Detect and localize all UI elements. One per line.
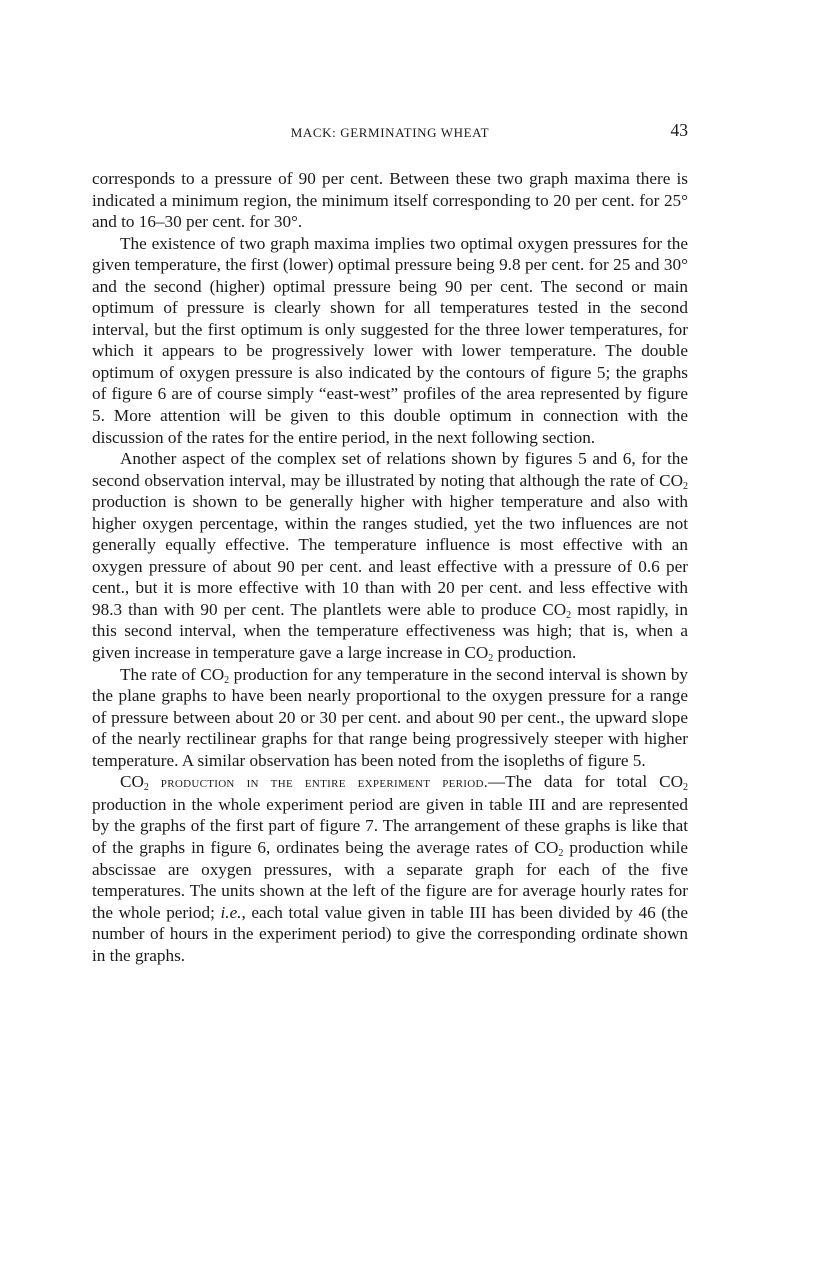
paragraph-3: Another aspect of the complex set of rel… [92,448,688,663]
text-segment: Another aspect of the complex set of rel… [92,449,688,490]
heading-co: CO [120,772,144,791]
paragraph-4: The rate of CO2 production for any tempe… [92,664,688,772]
text-segment: production. [493,643,576,662]
heading-dash: — [488,772,505,791]
page-number: 43 [671,120,689,141]
paragraph-5: CO2 production in the entire experiment … [92,771,688,966]
italic-ie: i.e. [221,903,242,922]
paragraph-text: The existence of two graph maxima implie… [92,234,688,447]
page: MACK: GERMINATING WHEAT 43 corresponds t… [92,120,688,966]
body-text: corresponds to a pressure of 90 per cent… [92,168,688,966]
running-title: MACK: GERMINATING WHEAT [92,125,688,141]
heading-text: production in the entire experiment peri… [149,774,488,791]
text-segment: The rate of CO [120,665,224,684]
paragraph-2: The existence of two graph maxima implie… [92,233,688,448]
text-segment: The data for total CO [505,772,683,791]
running-head: MACK: GERMINATING WHEAT 43 [92,120,688,144]
paragraph-1: corresponds to a pressure of 90 per cent… [92,168,688,233]
subscript: 2 [683,782,688,793]
section-heading: CO2 production in the entire experiment … [120,772,505,791]
paragraph-text: corresponds to a pressure of 90 per cent… [92,169,688,231]
subscript: 2 [683,481,688,492]
